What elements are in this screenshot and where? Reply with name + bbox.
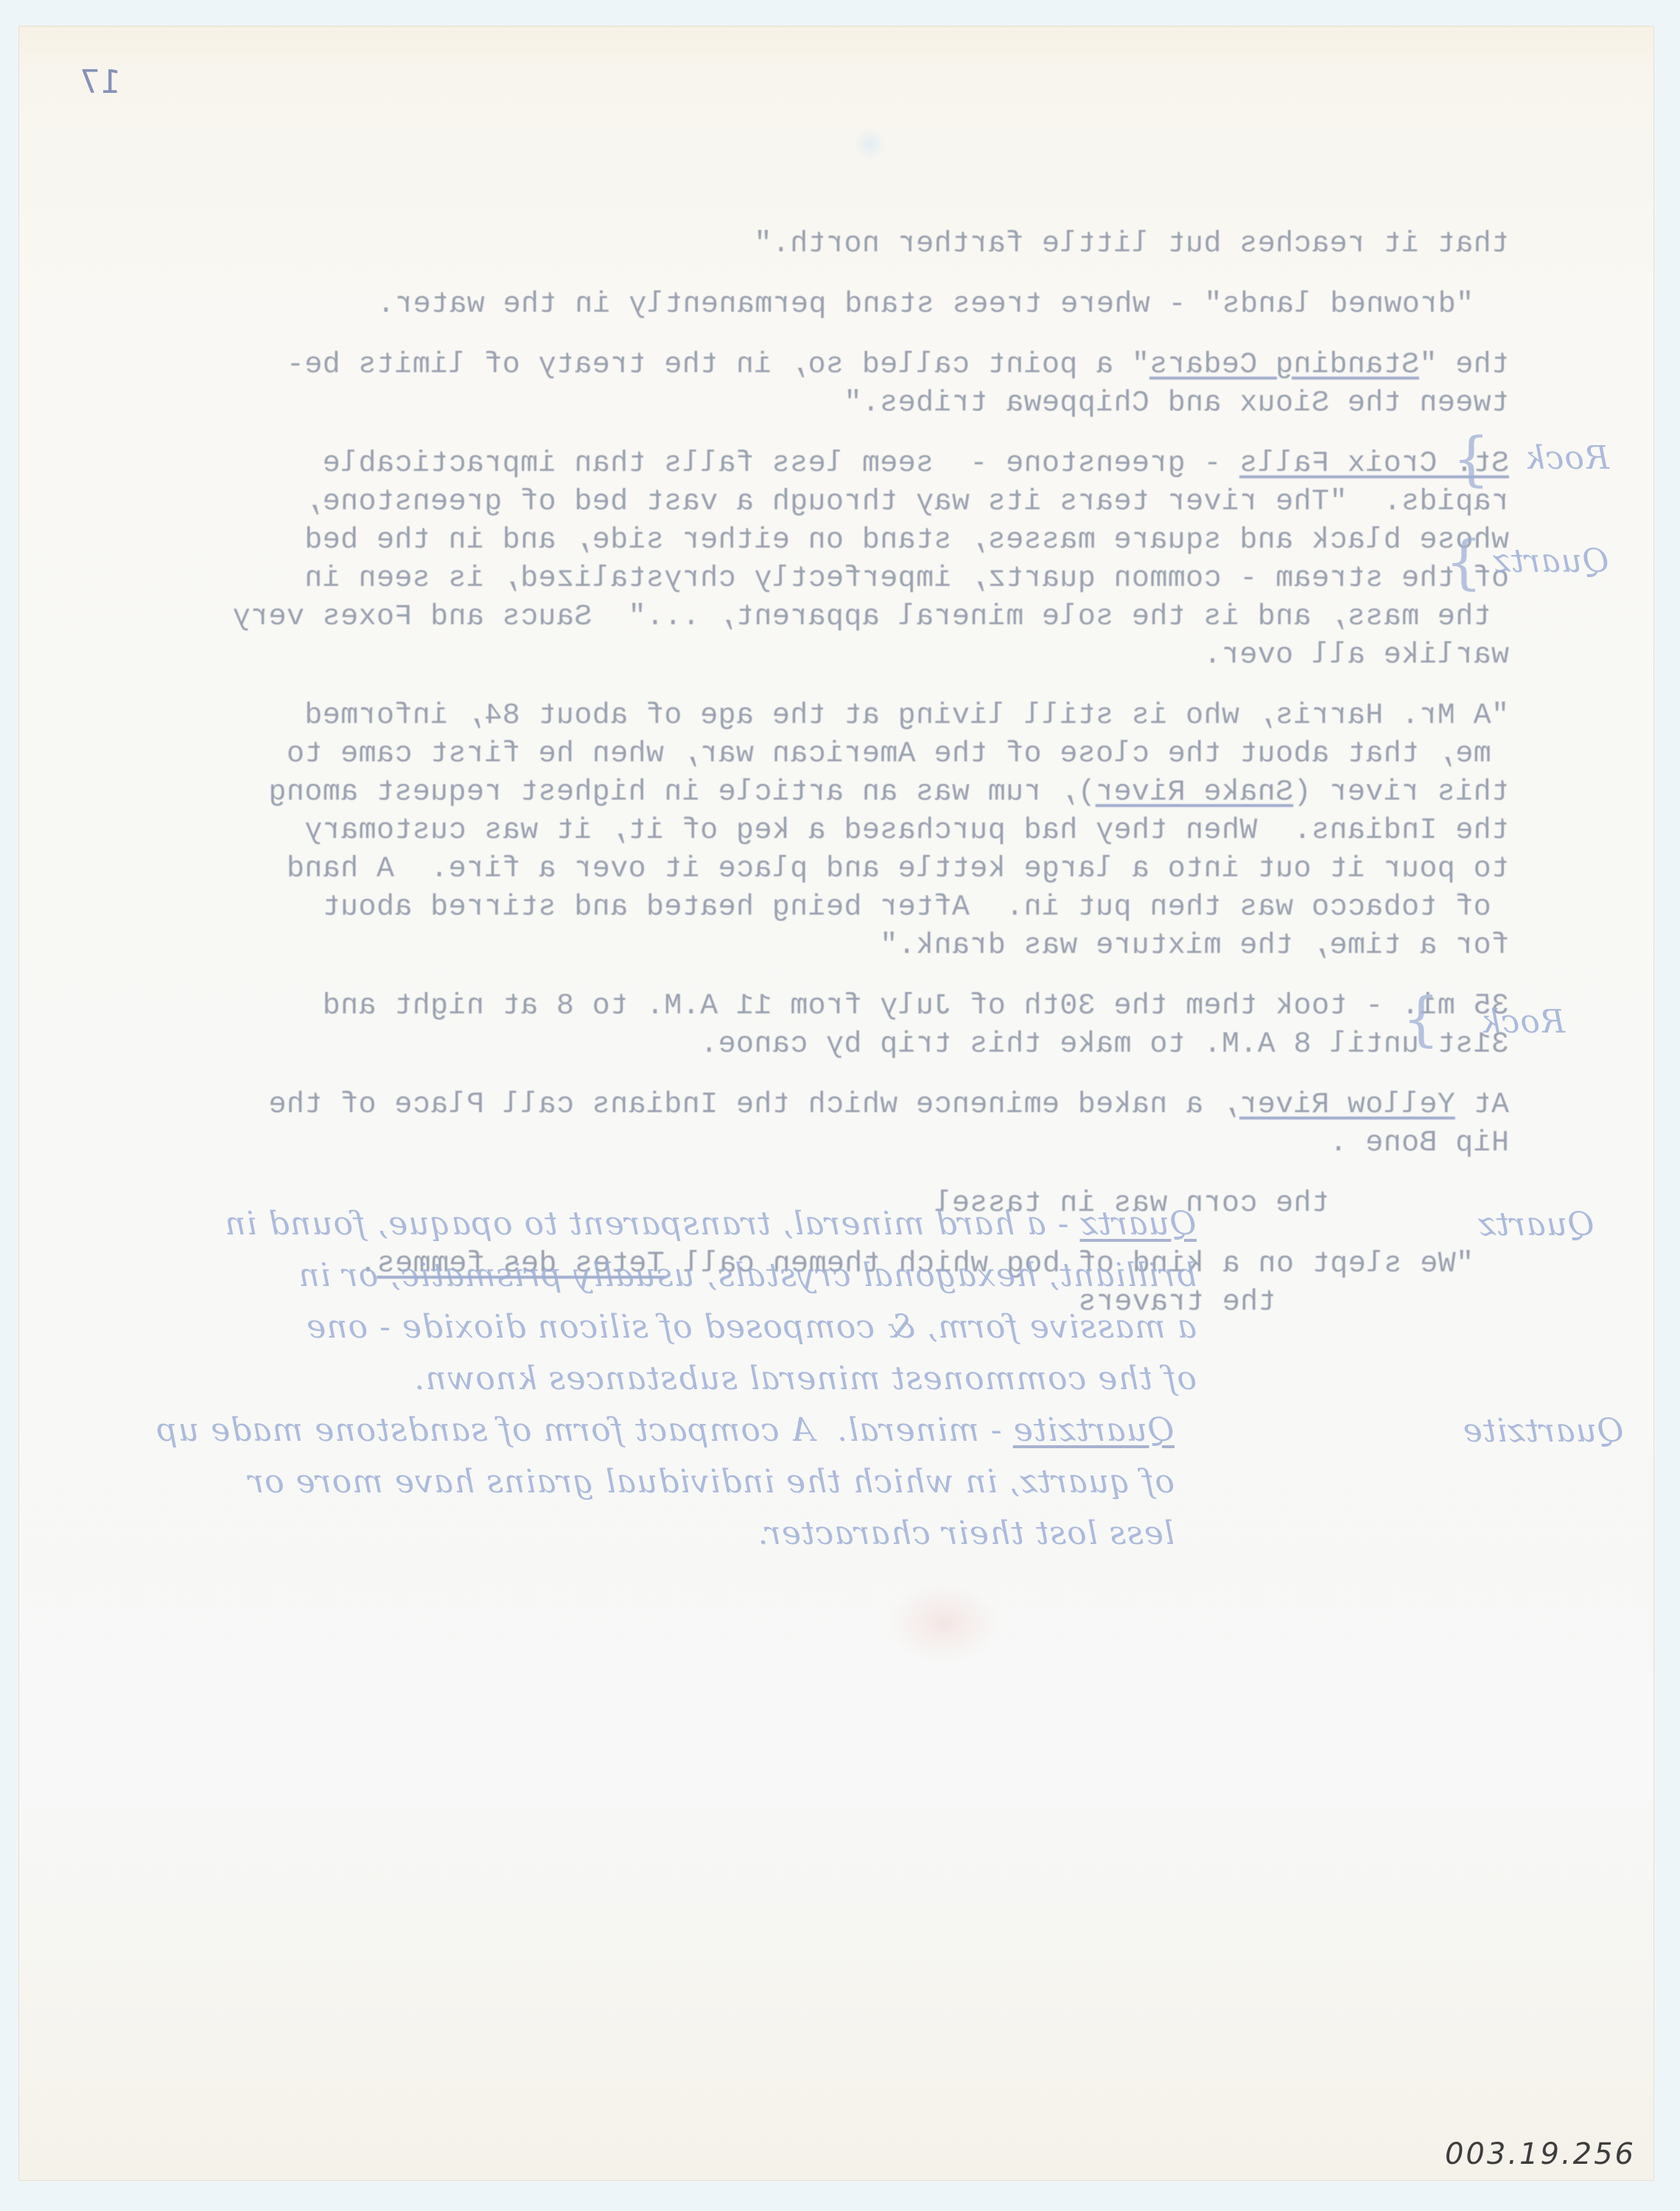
typed-line: to pour it out into a large kettle and p… [109, 850, 1509, 889]
typed-line: this river (Snake River), rum was an art… [109, 774, 1509, 812]
handwritten-term: Quartzite [1013, 1411, 1175, 1449]
page-number: 17 [80, 63, 121, 101]
typed-line: the mass, and is the sole mineral appare… [109, 598, 1509, 637]
typed-line: "drowned lands" - where trees stand perm… [109, 286, 1474, 324]
handwritten-line: Quartzite - mineral. A compact form of s… [156, 1405, 1175, 1456]
underlined-term: Snake River [1096, 776, 1293, 809]
typed-line: St. Croix Falls - greenstone - seem less… [109, 445, 1509, 483]
typed-line: At Yellow River, a naked eminence which … [109, 1086, 1509, 1125]
margin-brace: } [1445, 528, 1483, 596]
typed-paragraph: 35 mi. - took them the 30th of July from… [109, 988, 1509, 1064]
typed-line: of tobacco was then put in. After being … [109, 889, 1509, 927]
typed-paragraph: that it reaches but little farther north… [109, 226, 1509, 264]
handwritten-line: of the commonest mineral substances know… [224, 1353, 1197, 1405]
typed-line: warlike all over. [109, 637, 1509, 675]
handwritten-term: Quartz [1079, 1205, 1197, 1243]
handwritten-line: Quartz - a hard mineral, transparent to … [224, 1198, 1197, 1250]
underlined-term: Standing Cedars [1149, 349, 1419, 382]
handwritten-line: less lost their character. [156, 1508, 1175, 1559]
typed-line: whose black and square masses, stand on … [109, 522, 1509, 560]
typed-line: that it reaches but little farther north… [109, 226, 1509, 264]
typed-paragraph: St. Croix Falls - greenstone - seem less… [109, 445, 1509, 675]
typed-paragraph: "A Mr. Harris, who is still living at th… [109, 697, 1509, 965]
margin-note-quartz-2: Quartz [1477, 1206, 1595, 1243]
margin-brace: } [1452, 425, 1490, 493]
handwritten-line: a massive form, & composed of silicon di… [224, 1302, 1197, 1353]
typed-line: for a time, the mixture was drank." [109, 927, 1509, 965]
margin-note-quartz-1: Quartz [1492, 542, 1609, 580]
typed-line: tween the Sioux and Chippewa tribes." [109, 385, 1509, 423]
margin-note-quartzite: Quartzite [1463, 1412, 1624, 1450]
typed-paragraph: "drowned lands" - where trees stand perm… [109, 286, 1509, 324]
typed-line: rapids. "The river tears its way through… [109, 483, 1509, 522]
handwritten-note-quartz: Quartz - a hard mineral, transparent to … [224, 1198, 1197, 1405]
typed-line: the "Standing Cedars" a point called so,… [109, 346, 1509, 385]
margin-note-rock-1: Rock [1525, 439, 1609, 477]
margin-brace: } [1402, 985, 1440, 1053]
typed-paragraph: At Yellow River, a naked eminence which … [109, 1086, 1509, 1163]
handwritten-line: brilliant, hexagonal crystals, usually p… [224, 1250, 1197, 1302]
typed-line: 31st until 8 A.M. to make this trip by c… [109, 1026, 1509, 1064]
document-page: 17 that it reaches but little farther no… [19, 27, 1653, 2180]
mirrored-show-through-layer: 17 that it reaches but little farther no… [19, 27, 1653, 2180]
typed-line: of the stream - common quartz, imperfect… [109, 560, 1509, 598]
typed-line: "A Mr. Harris, who is still living at th… [109, 697, 1509, 736]
typed-line: 35 mi. - took them the 30th of July from… [109, 988, 1509, 1026]
typed-paragraph: the "Standing Cedars" a point called so,… [109, 346, 1509, 423]
typed-text-block: that it reaches but little farther north… [109, 226, 1509, 1344]
margin-note-rock-2: Rock [1480, 1003, 1565, 1041]
typed-line: the Indians. When they had purchased a k… [109, 812, 1509, 850]
handwritten-line: of quartz, in which the individual grain… [156, 1456, 1175, 1508]
handwritten-note-quartzite: Quartzite - mineral. A compact form of s… [156, 1405, 1175, 1559]
catalog-number: 003.19.256 [1445, 2137, 1636, 2171]
typed-line: Hip Bone . [109, 1125, 1509, 1163]
typed-line: me, that about the close of the American… [109, 736, 1509, 774]
underlined-term: Yellow River [1239, 1089, 1455, 1122]
